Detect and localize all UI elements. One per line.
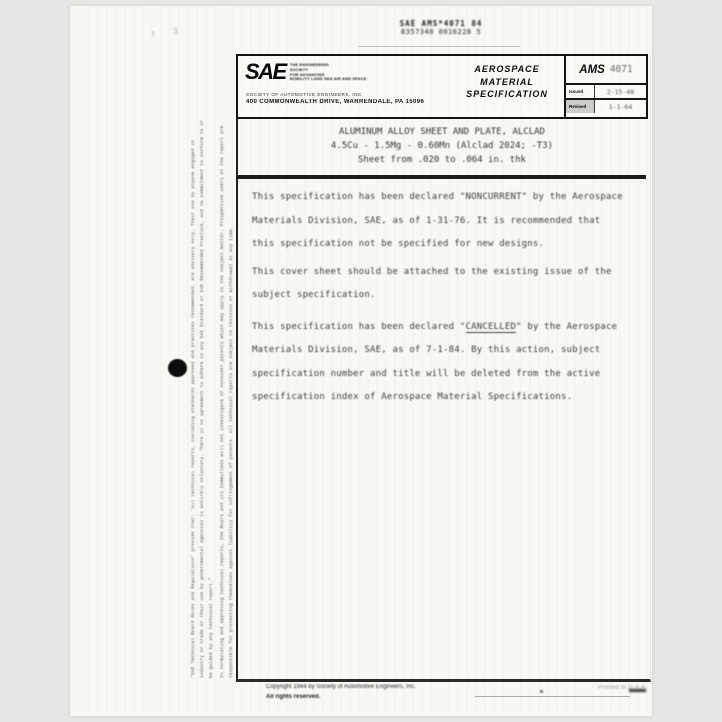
cancelled-line3: specification number and title will be d…	[252, 369, 600, 379]
issued-date: 2-15-48	[595, 88, 646, 96]
cancelled-line1-post: " by the Aerospace	[516, 322, 617, 332]
issued-row: Issued 2-15-48	[566, 83, 646, 98]
spec-title-line3: Sheet from .020 to .064 in. thk	[238, 153, 646, 167]
scan-id-stamp-line2: 8357340 0016228 5	[366, 28, 516, 36]
spec-number-row: AMS 4071	[566, 56, 646, 83]
sae-logo: SAE	[245, 61, 286, 83]
publisher-address: 400 COMMONWEALTH DRIVE, WARRENDALE, PA 1…	[246, 99, 424, 105]
issued-label: Issued	[566, 85, 595, 98]
revised-row: Revised 1-1-64	[566, 98, 646, 113]
title-divider-rule	[236, 175, 646, 179]
document-type-line: AEROSPACE	[446, 63, 568, 76]
cover-sheet-paragraph: This cover sheet should be attached to t…	[252, 261, 638, 308]
publisher-name: SOCIETY OF AUTOMOTIVE ENGINEERS, INC.	[246, 92, 364, 97]
cover-sheet-line2: subject specification.	[252, 290, 376, 300]
footer-smudge-mark	[629, 689, 646, 692]
copyright-text: Copyright 1984 by Society of Automotive …	[266, 684, 416, 690]
spec-number-label: AMS	[579, 64, 605, 76]
document-page: SAE AMS*4071 84 8357340 0016228 5 t 3 "S…	[70, 6, 652, 716]
noncurrent-paragraph: This specification has been declared "NO…	[252, 186, 638, 257]
margin-notice: "SAE Technical Board Rules and Regulatio…	[189, 118, 236, 678]
pencil-note: t 3	[152, 25, 187, 39]
footer-dot-mark	[540, 690, 543, 693]
spec-title: ALUMINUM ALLOY SHEET AND PLATE, ALCLAD 4…	[238, 118, 646, 167]
rights-reserved-text: All rights reserved.	[266, 694, 320, 700]
spec-title-line2: 4.5Cu - 1.5Mg - 0.60Mn (Alclad 2024; -T3…	[238, 139, 646, 153]
noncurrent-line1: This specification has been declared "NO…	[252, 192, 623, 202]
revised-date: 1-1-64	[595, 103, 646, 111]
sae-logo-block: SAE The Engineering Society For Advancin…	[245, 61, 367, 83]
spec-number-value: 4071	[610, 64, 633, 75]
margin-notice-column2: In formulating and approving technical r…	[218, 118, 236, 678]
notice-body: This specification has been declared "NO…	[252, 186, 638, 410]
cancelled-line2: Materials Division, SAE, as of 7-1-84. B…	[252, 345, 600, 355]
spec-number-box: AMS 4071 Issued 2-15-48 Revised 1-1-64	[564, 56, 646, 117]
sae-tagline-line: Mobility Land Sea Air and Space	[290, 77, 367, 82]
document-type-line: SPECIFICATION	[446, 88, 568, 101]
document-type-title: AEROSPACE MATERIAL SPECIFICATION	[446, 63, 568, 101]
cover-sheet-line1: This cover sheet should be attached to t…	[252, 267, 612, 277]
header-box: SAE The Engineering Society For Advancin…	[236, 54, 648, 119]
document-type-line: MATERIAL	[446, 76, 568, 89]
cancelled-paragraph: This specification has been declared "CA…	[252, 316, 638, 410]
cancelled-line4: specification index of Aerospace Materia…	[252, 392, 572, 402]
cancelled-line1-pre: This specification has been declared "	[252, 322, 466, 332]
hole-punch-dot	[168, 359, 187, 377]
noncurrent-line2: Materials Division, SAE, as of 1-31-76. …	[252, 216, 600, 226]
noncurrent-line3: this specification not be specified for …	[252, 239, 544, 249]
sae-tagline: The Engineering Society For Advancing Mo…	[290, 63, 367, 82]
cancelled-word: CANCELLED	[466, 322, 517, 333]
scan-id-stamp: SAE AMS*4071 84 8357340 0016228 5	[366, 19, 516, 36]
spec-title-line1: ALUMINUM ALLOY SHEET AND PLATE, ALCLAD	[238, 125, 646, 139]
content-frame: SAE The Engineering Society For Advancin…	[236, 54, 651, 682]
stamp-underline	[358, 46, 520, 47]
scanned-document-screenshot: SAE AMS*4071 84 8357340 0016228 5 t 3 "S…	[0, 0, 722, 722]
footer-rule	[475, 696, 630, 697]
scan-id-stamp-line1: SAE AMS*4071 84	[366, 19, 516, 28]
margin-notice-column1: "SAE Technical Board Rules and Regulatio…	[189, 118, 216, 678]
revised-label: Revised	[566, 100, 595, 113]
